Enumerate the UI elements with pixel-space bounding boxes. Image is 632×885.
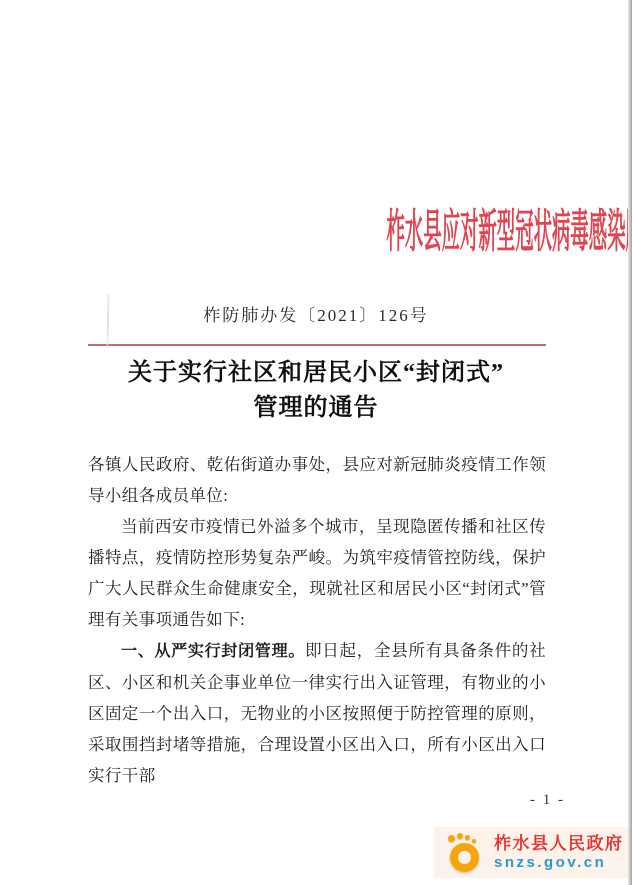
government-name: 柞水县人民政府 [494, 834, 624, 854]
footprint-toe [448, 835, 455, 842]
document-title-line1: 关于实行社区和居民小区“封闭式” [0, 356, 632, 391]
government-url: snzs.gov.cn [494, 854, 624, 871]
situation-paragraph: 当前西安市疫情已外溢多个城市，呈现隐匿传播和社区传播特点，疫情防控形势复杂严峻。… [88, 511, 546, 635]
footprint-pad [450, 843, 479, 872]
page-number: - 1 - [530, 792, 565, 809]
footprint-toe [465, 835, 470, 840]
measure-1-text: 即日起，全县所有具备条件的社区、小区和机关企事业单位一律实行出入证管理，有物业的… [88, 641, 546, 785]
salutation-paragraph: 各镇人民政府、乾佑街道办事处，县应对新冠肺炎疫情工作领导小组各成员单位: [88, 449, 546, 511]
measure-1-paragraph: 一、从严实行封闭管理。即日起，全县所有具备条件的社区、小区和机关企事业单位一律实… [88, 635, 546, 791]
footprint-toe [457, 833, 463, 839]
document-title: 关于实行社区和居民小区“封闭式” 管理的通告 [0, 356, 632, 426]
document-title-line2: 管理的通告 [0, 391, 632, 426]
watermark-text: 柞水县人民政府 snzs.gov.cn [494, 834, 624, 871]
document-body: 各镇人民政府、乾佑街道办事处，县应对新冠肺炎疫情工作领导小组各成员单位: 当前西… [88, 449, 546, 791]
footprint-toe [472, 839, 476, 843]
site-watermark: 柞水县人民政府 snzs.gov.cn [434, 827, 632, 878]
footprint-logo-icon [446, 834, 484, 872]
scanned-document-page: 柞水县应对新型冠状病毒感染肺炎疫情工作领导小组办公室文件 柞防肺办发〔2021〕… [0, 0, 632, 885]
measure-1-heading: 一、从严实行封闭管理。 [121, 643, 305, 660]
document-number: 柞防肺办发〔2021〕126号 [0, 301, 632, 326]
scan-edge-shadow [628, 0, 632, 885]
red-divider-line [88, 344, 546, 346]
document-org-title: 柞水县应对新型冠状病毒感染肺炎疫情工作领导小组办公室文件 [386, 204, 632, 260]
letterhead: 柞水县应对新型冠状病毒感染肺炎疫情工作领导小组办公室文件 [0, 204, 632, 260]
